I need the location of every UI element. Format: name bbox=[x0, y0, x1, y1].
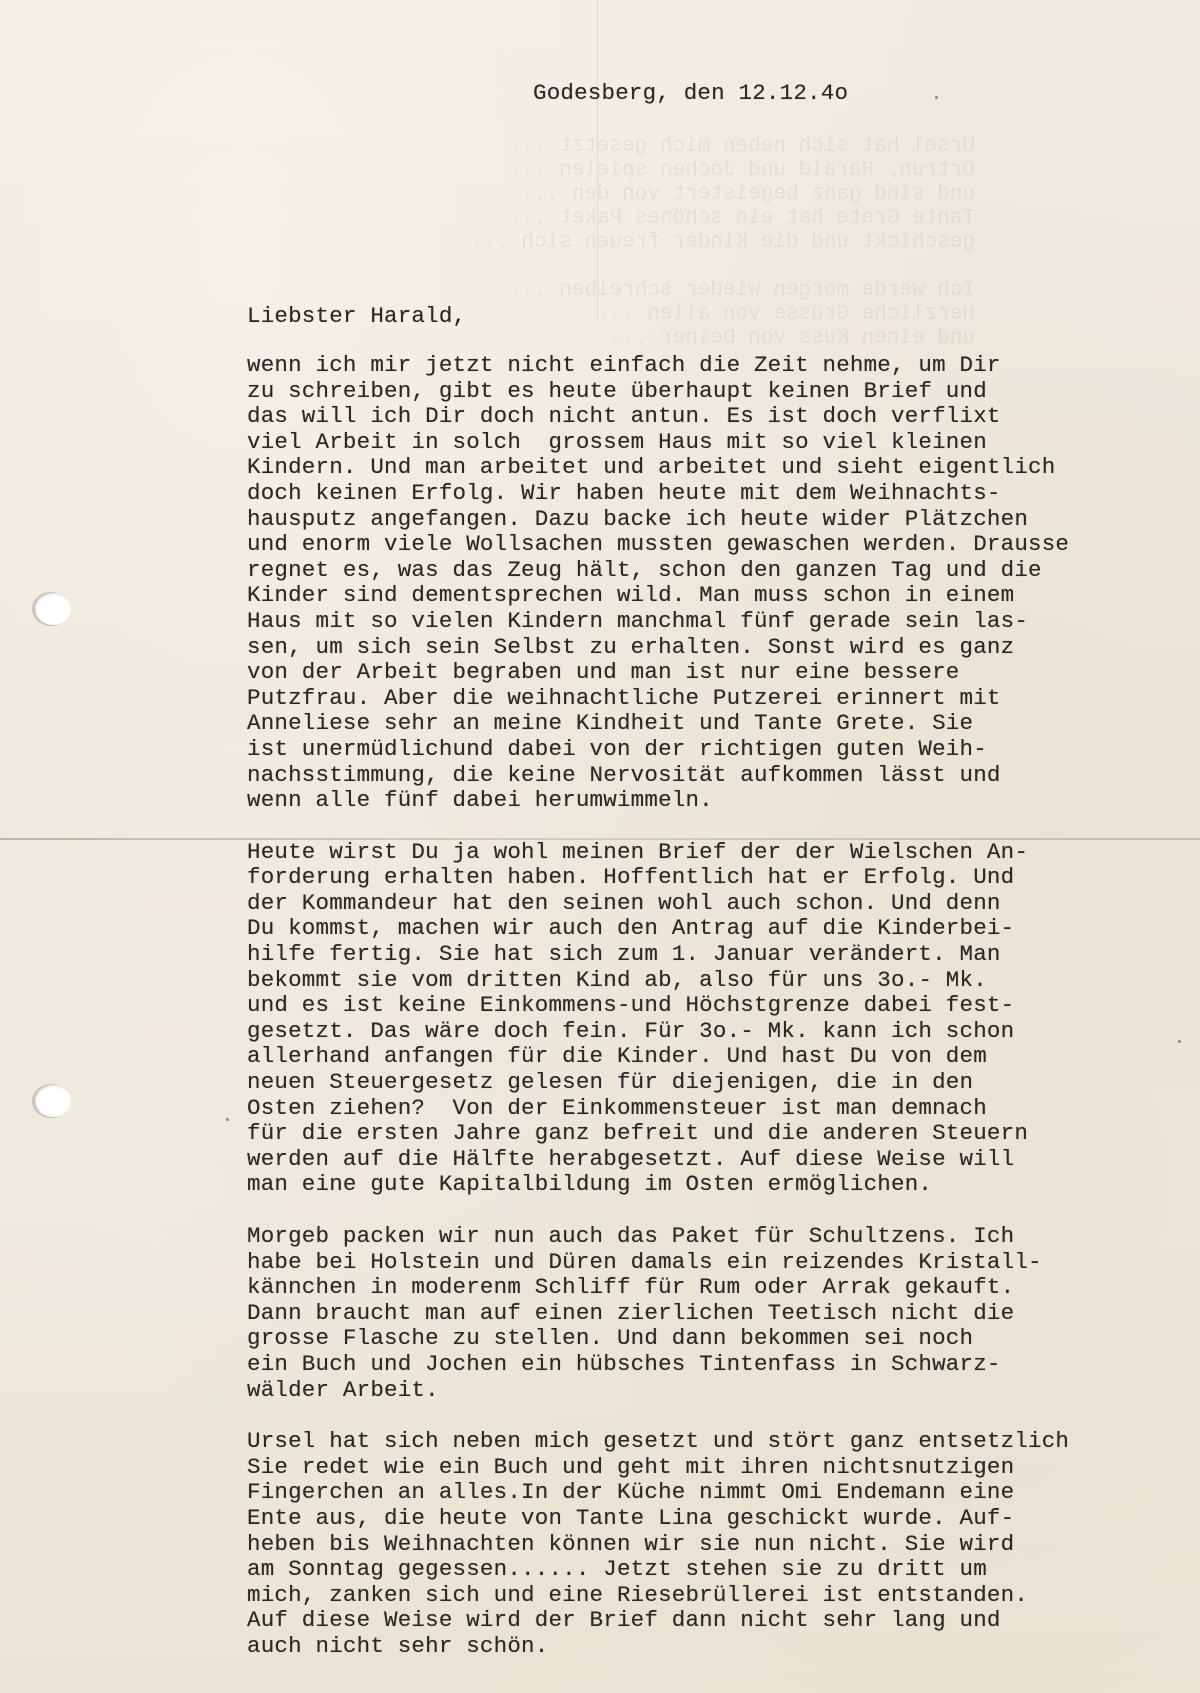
typed-line: von der Arbeit begraben und man ist nur … bbox=[247, 660, 1167, 686]
typed-line: doch keinen Erfolg. Wir haben heute mit … bbox=[247, 481, 1167, 507]
typed-line: Kindern. Und man arbeitet und arbeitet u… bbox=[247, 455, 1167, 481]
typed-line: Auf diese Weise wird der Brief dann nich… bbox=[247, 1608, 1167, 1634]
typed-line: Sie redet wie ein Buch und geht mit ihre… bbox=[247, 1455, 1167, 1481]
letter-paragraph: wenn ich mir jetzt nicht einfach die Zei… bbox=[247, 353, 1167, 814]
typed-line: sen, um sich sein Selbst zu erhalten. So… bbox=[247, 635, 1167, 661]
typed-line: Ente aus, die heute von Tante Lina gesch… bbox=[247, 1506, 1167, 1532]
typed-line: werden auf die Hälfte herabgesetzt. Auf … bbox=[247, 1147, 1167, 1173]
typed-line: hausputz angefangen. Dazu backe ich heut… bbox=[247, 507, 1167, 533]
letter-body: wenn ich mir jetzt nicht einfach die Zei… bbox=[247, 353, 1167, 1686]
typed-line: zu schreiben, gibt es heute überhaupt ke… bbox=[247, 379, 1167, 405]
typed-line: grosse Flasche zu stellen. Und dann beko… bbox=[247, 1326, 1167, 1352]
typed-line: habe bei Holstein und Düren damals ein r… bbox=[247, 1250, 1167, 1276]
typed-line: für die ersten Jahre ganz befreit und di… bbox=[247, 1121, 1167, 1147]
ink-speck bbox=[1178, 1040, 1181, 1043]
typed-line: wenn ich mir jetzt nicht einfach die Zei… bbox=[247, 353, 1167, 379]
typed-line: heben bis Weihnachten können wir sie nun… bbox=[247, 1532, 1167, 1558]
typed-line: neuen Steuergesetz gelesen für diejenige… bbox=[247, 1070, 1167, 1096]
typed-line: am Sonntag gegessen...... Jetzt stehen s… bbox=[247, 1557, 1167, 1583]
typed-line: regnet es, was das Zeug hält, schon den … bbox=[247, 558, 1167, 584]
typed-line: hilfe fertig. Sie hat sich zum 1. Januar… bbox=[247, 942, 1167, 968]
typed-line: nachsstimmung, die keine Nervosität aufk… bbox=[247, 763, 1167, 789]
letter-paragraph: Heute wirst Du ja wohl meinen Brief der … bbox=[247, 840, 1167, 1198]
typed-line: Putzfrau. Aber die weihnachtliche Putzer… bbox=[247, 686, 1167, 712]
typed-line: Osten ziehen? Von der Einkommensteuer is… bbox=[247, 1096, 1167, 1122]
typed-line: allerhand anfangen für die Kinder. Und h… bbox=[247, 1044, 1167, 1070]
typed-line: bekommt sie vom dritten Kind ab, also fü… bbox=[247, 968, 1167, 994]
typed-line: gesetzt. Das wäre doch fein. Für 3o.- Mk… bbox=[247, 1019, 1167, 1045]
letter-paragraph: Morgeb packen wir nun auch das Paket für… bbox=[247, 1224, 1167, 1403]
typed-line: kännchen in moderenm Schliff für Rum ode… bbox=[247, 1275, 1167, 1301]
typed-line: wenn alle fünf dabei herumwimmeln. bbox=[247, 788, 1167, 814]
typed-line: Haus mit so vielen Kindern manchmal fünf… bbox=[247, 609, 1167, 635]
typed-line: Morgeb packen wir nun auch das Paket für… bbox=[247, 1224, 1167, 1250]
vertical-fold-crease bbox=[597, 0, 598, 320]
ink-speck bbox=[226, 1118, 229, 1121]
typed-line: viel Arbeit in solch grossem Haus mit so… bbox=[247, 430, 1167, 456]
typed-line: Ursel hat sich neben mich gesetzt und st… bbox=[247, 1429, 1167, 1455]
typed-line: der Kommandeur hat den seinen wohl auch … bbox=[247, 891, 1167, 917]
typed-line: Fingerchen an alles.In der Küche nimmt O… bbox=[247, 1480, 1167, 1506]
reverse-side-bleed-through: Ursel hat sich neben mich gesetzt ... Or… bbox=[95, 135, 975, 351]
typed-line: und es ist keine Einkommens-und Höchstgr… bbox=[247, 993, 1167, 1019]
typed-line: Dann braucht man auf einen zierlichen Te… bbox=[247, 1301, 1167, 1327]
typed-line: wälder Arbeit. bbox=[247, 1378, 1167, 1404]
ink-speck bbox=[935, 96, 938, 99]
punch-hole-lower bbox=[35, 1085, 71, 1117]
typed-line: man eine gute Kapitalbildung im Osten er… bbox=[247, 1172, 1167, 1198]
typed-line: ein Buch und Jochen ein hübsches Tintenf… bbox=[247, 1352, 1167, 1378]
typed-line: Kinder sind dementsprechen wild. Man mus… bbox=[247, 583, 1167, 609]
typed-line: auch nicht sehr schön. bbox=[247, 1634, 1167, 1660]
typed-line: das will ich Dir doch nicht antun. Es is… bbox=[247, 404, 1167, 430]
letter-dateline: Godesberg, den 12.12.4o bbox=[533, 80, 848, 106]
letter-paragraph: Ursel hat sich neben mich gesetzt und st… bbox=[247, 1429, 1167, 1659]
typed-line: ist unermüdlichund dabei von der richtig… bbox=[247, 737, 1167, 763]
letter-salutation: Liebster Harald, bbox=[247, 303, 466, 329]
typed-line: mich, zanken sich und eine Riesebrüllere… bbox=[247, 1583, 1167, 1609]
typed-line: Heute wirst Du ja wohl meinen Brief der … bbox=[247, 840, 1167, 866]
letter-page: Ursel hat sich neben mich gesetzt ... Or… bbox=[0, 0, 1200, 1693]
typed-line: forderung erhalten haben. Hoffentlich ha… bbox=[247, 865, 1167, 891]
typed-line: Du kommst, machen wir auch den Antrag au… bbox=[247, 916, 1167, 942]
typed-line: und enorm viele Wollsachen mussten gewas… bbox=[247, 532, 1167, 558]
punch-hole-upper bbox=[35, 593, 71, 625]
typed-line: Anneliese sehr an meine Kindheit und Tan… bbox=[247, 711, 1167, 737]
